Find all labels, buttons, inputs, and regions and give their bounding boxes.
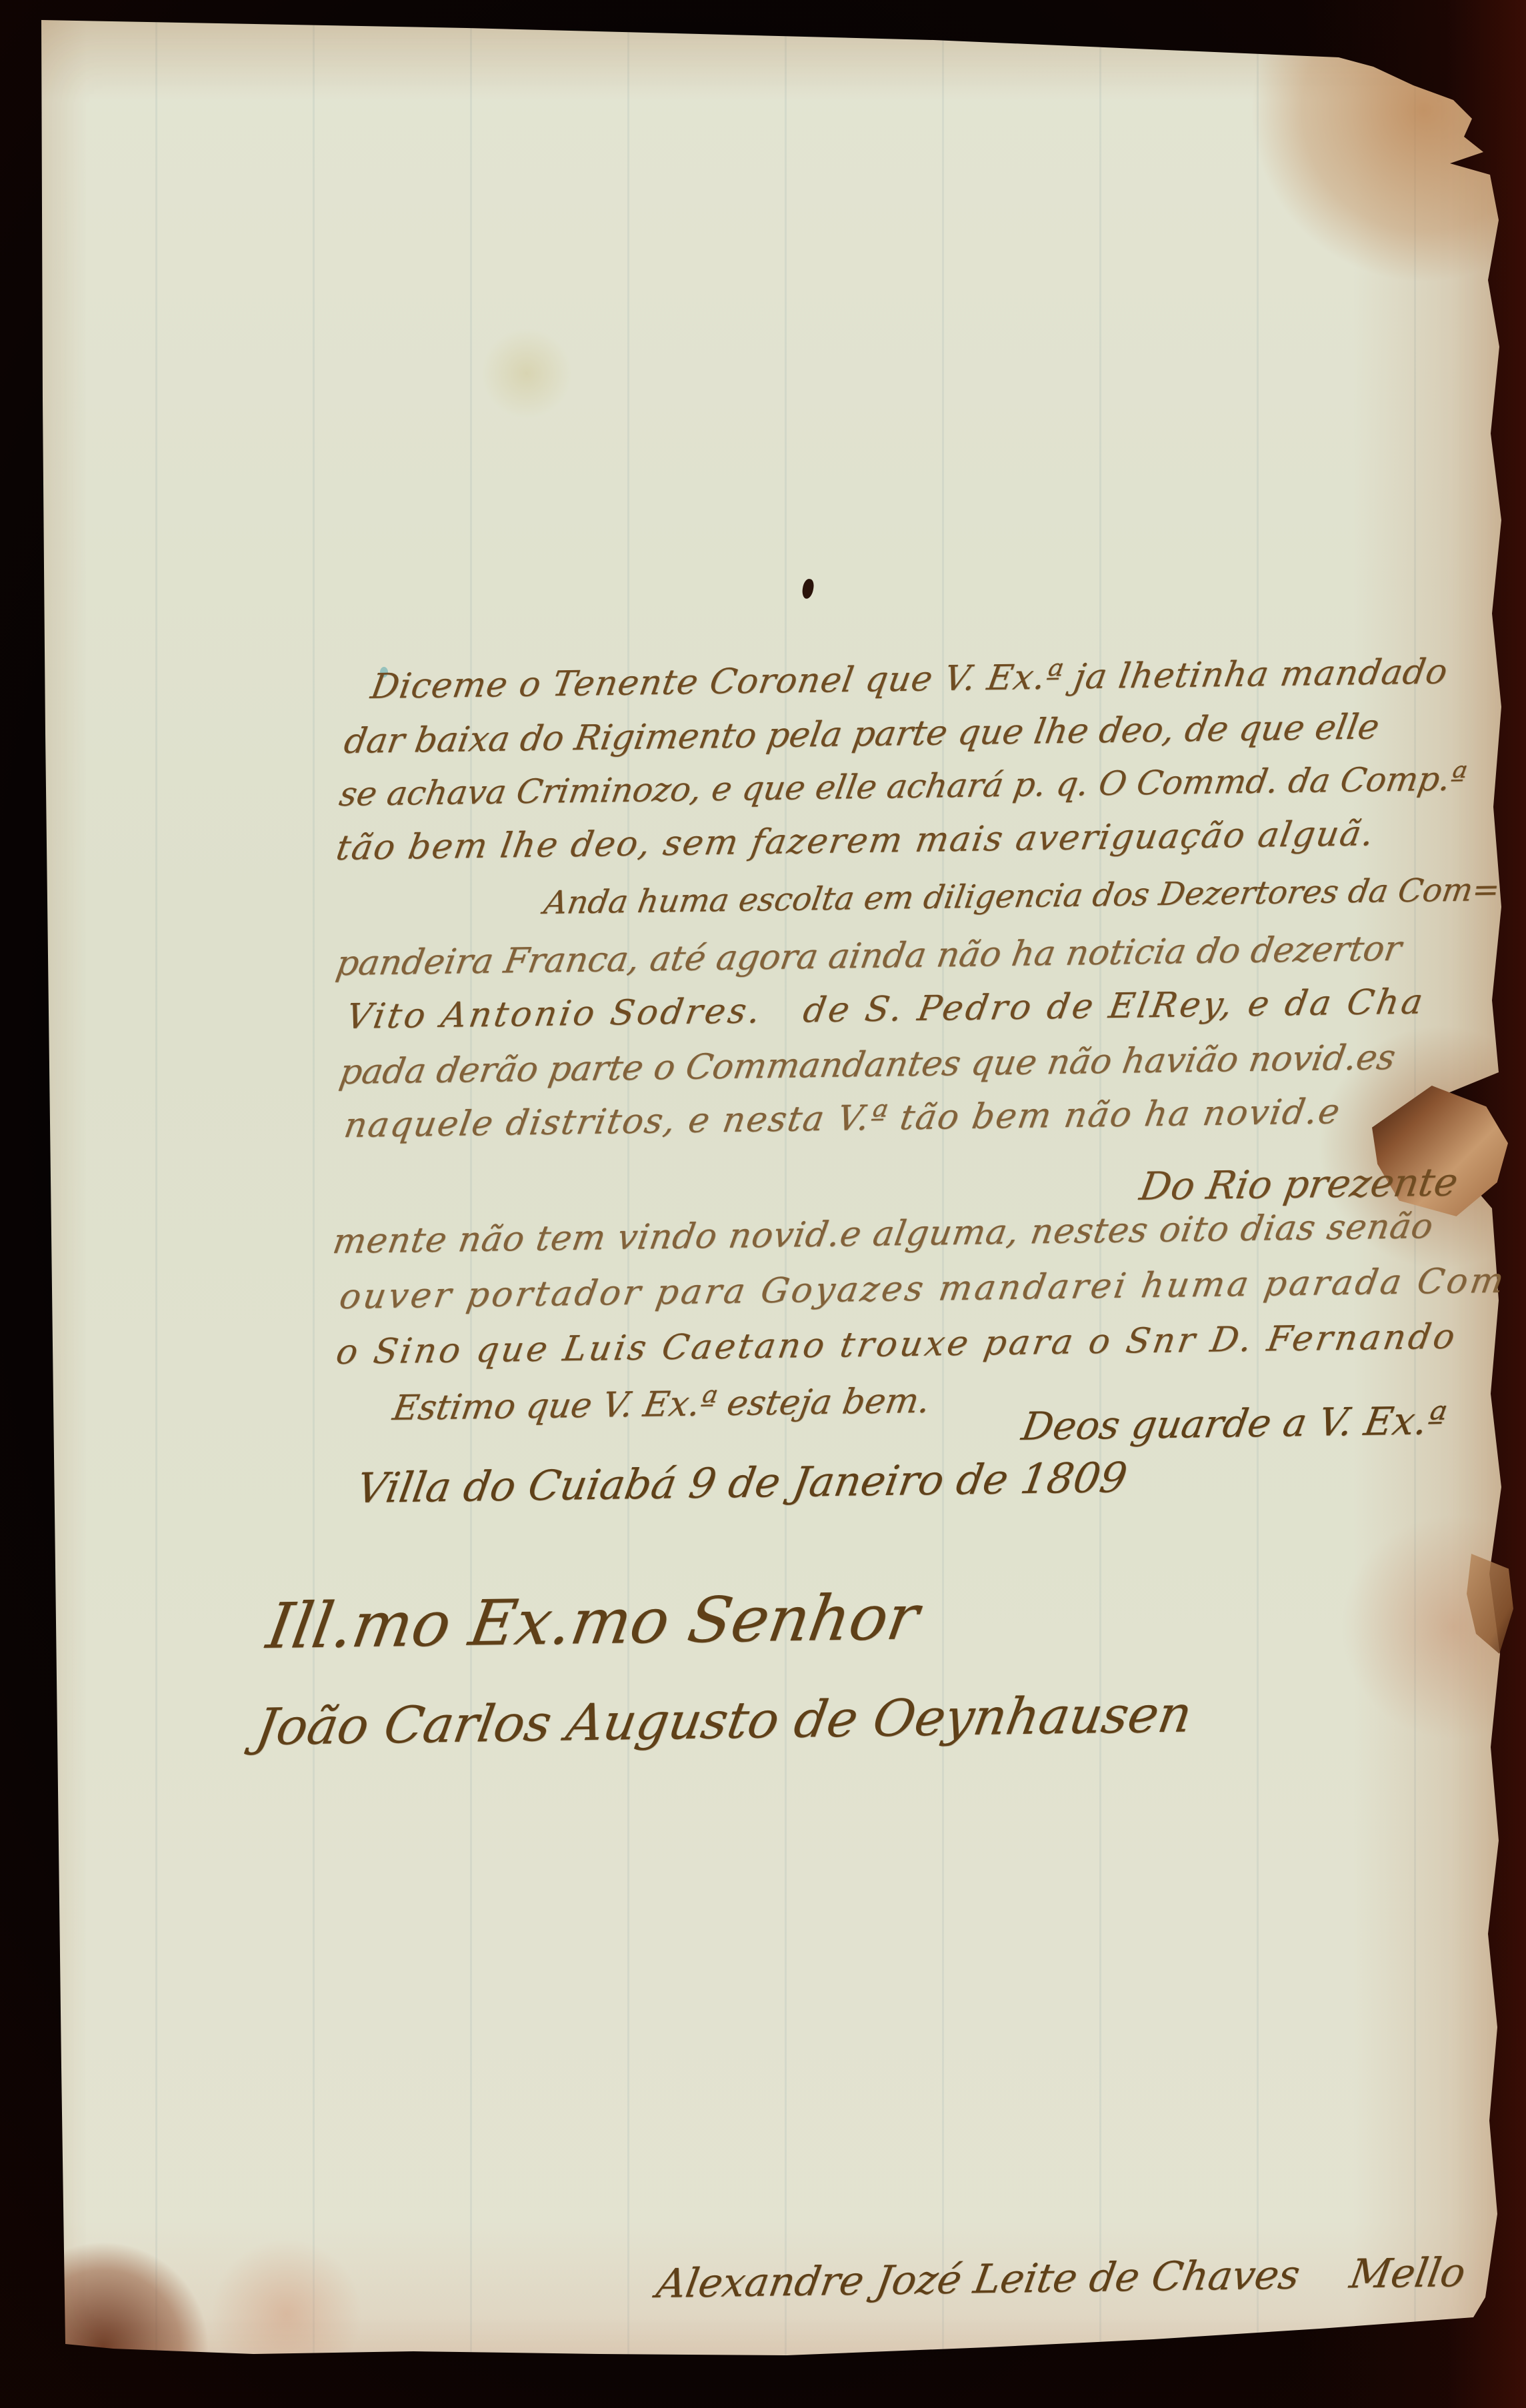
valediction: Deos guarde a V. Ex.ª bbox=[1019, 1398, 1449, 1449]
letter-line-10: Do Rio prezente bbox=[1137, 1159, 1461, 1209]
addressee-honorific: Ill.mo Ex.mo Senhor bbox=[262, 1581, 923, 1663]
closing-wish: Estimo que V. Ex.ª esteja bem. bbox=[390, 1381, 933, 1428]
photo-background: Diceme o Tenente Coronel que V. Ex.ª ja … bbox=[0, 0, 1526, 2408]
